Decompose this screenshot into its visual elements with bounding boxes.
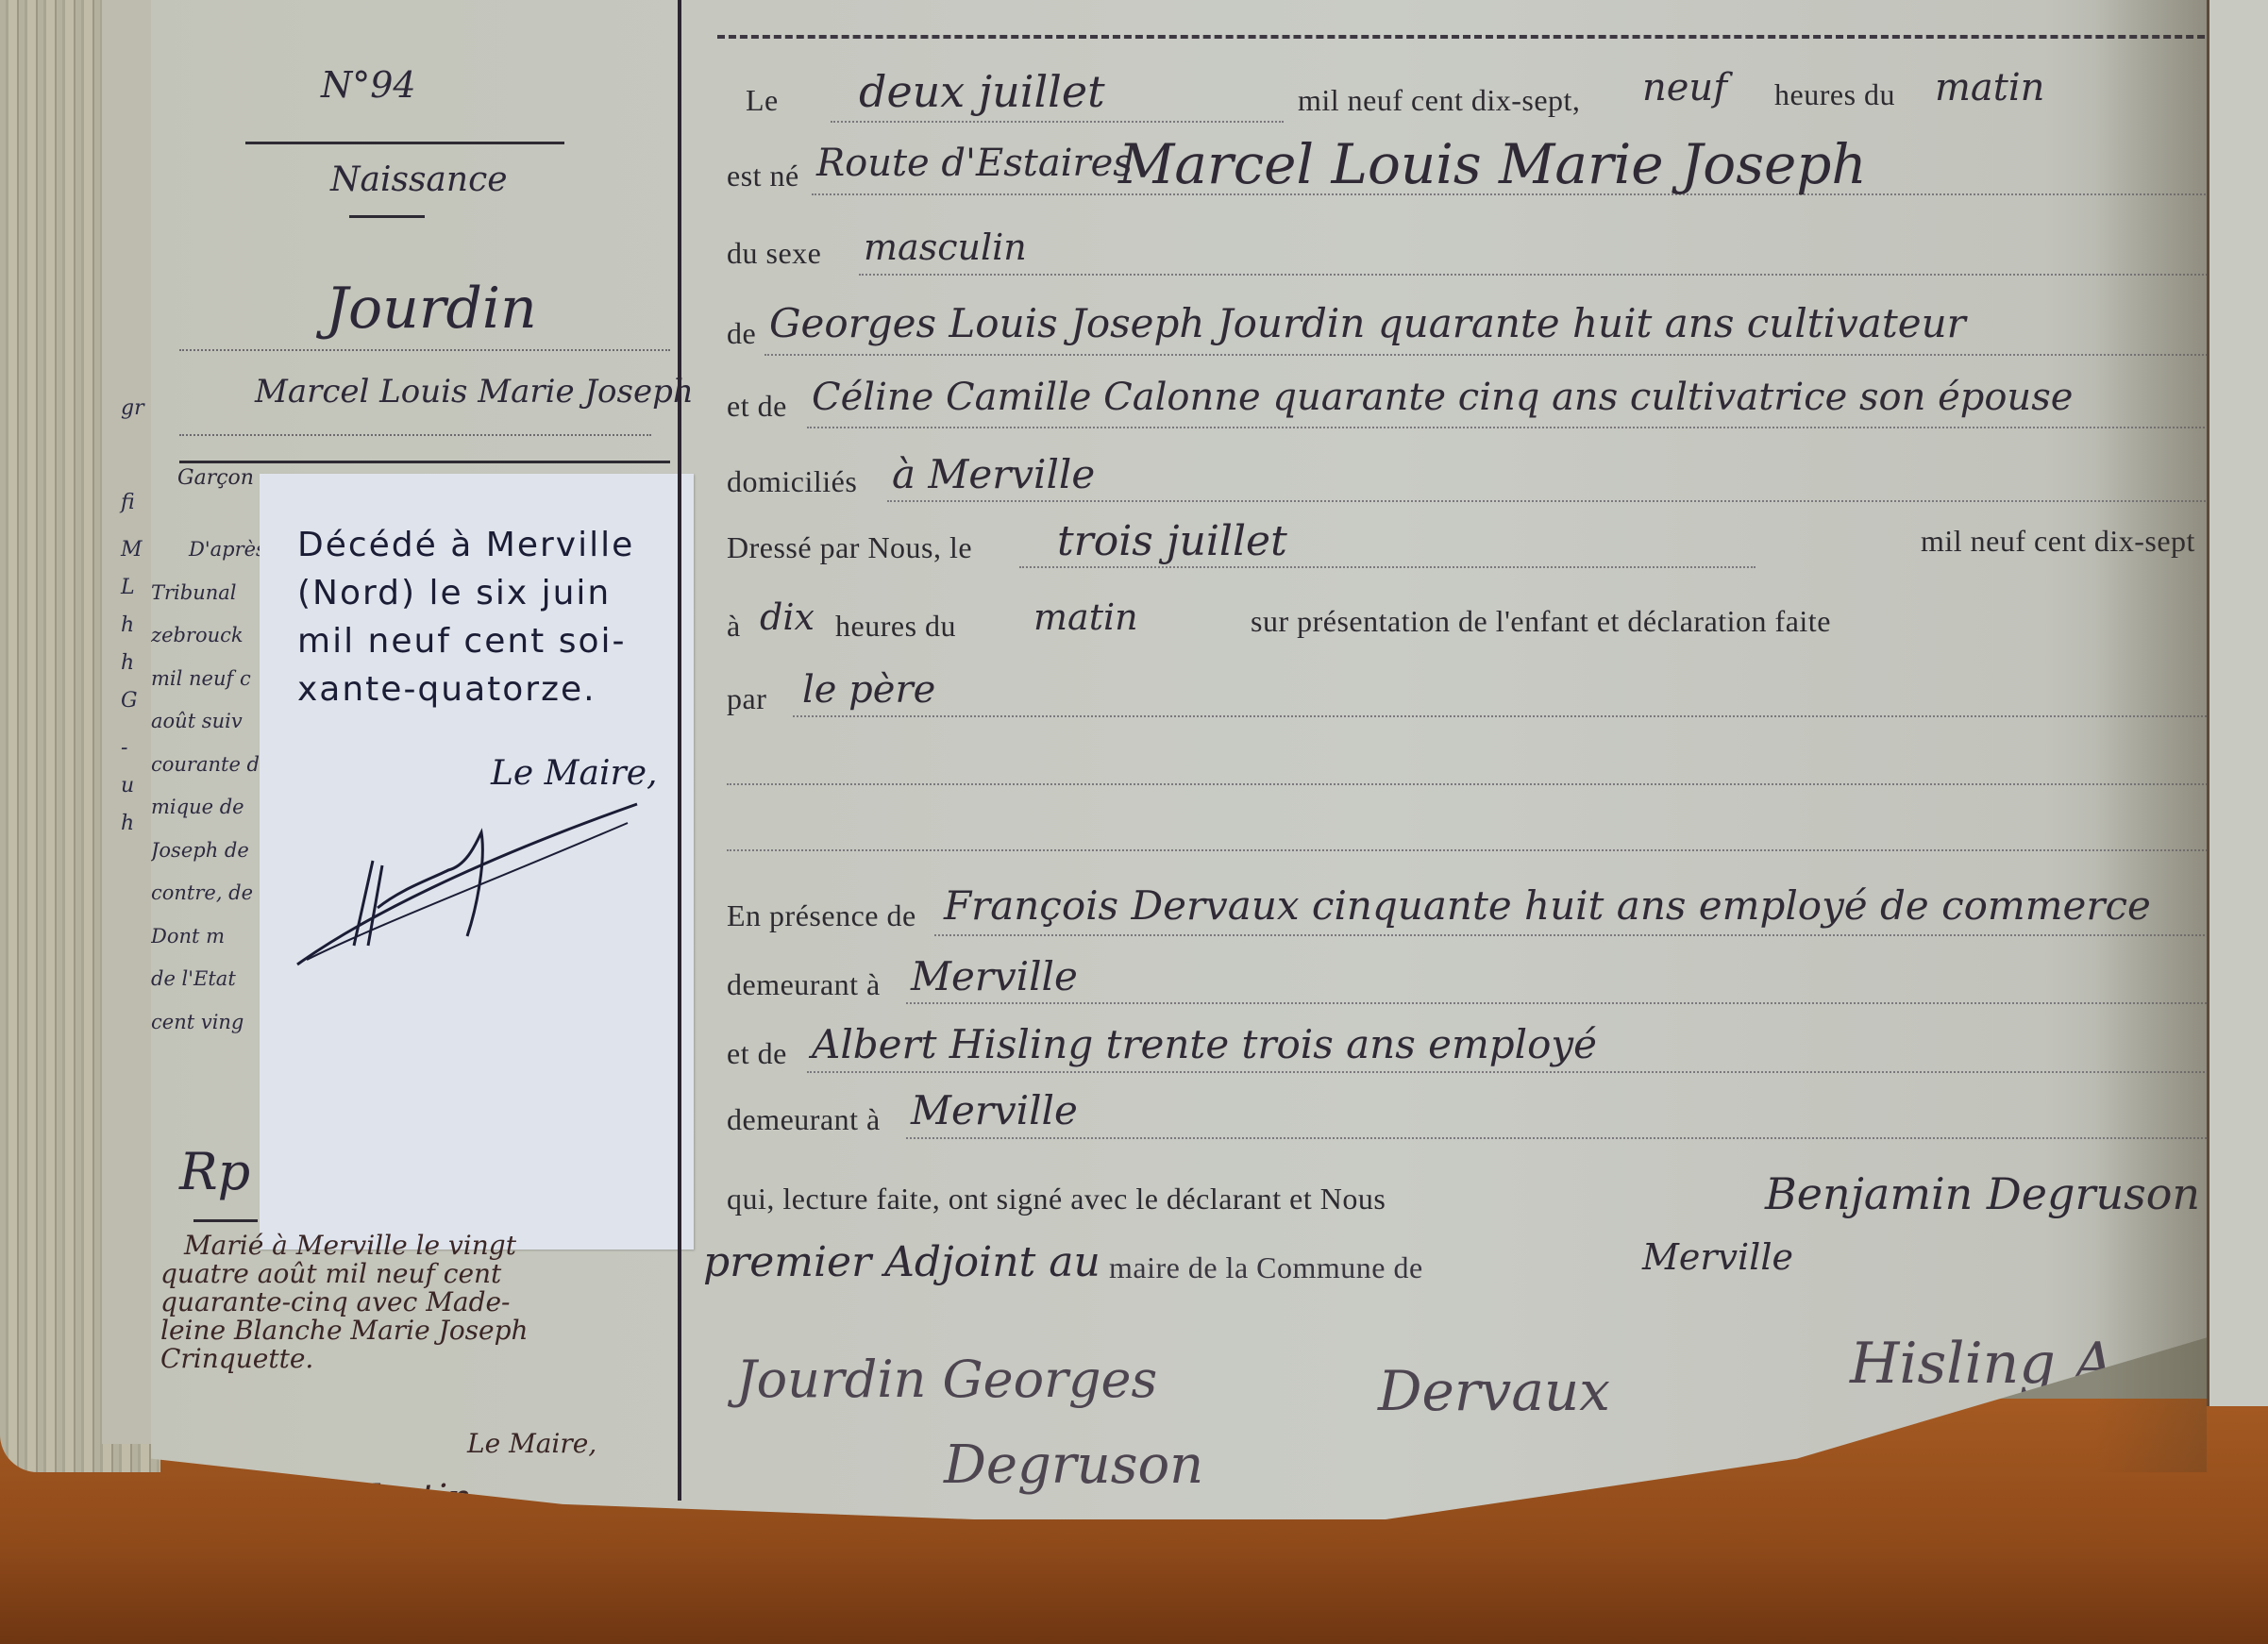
death-note-line: Décédé à Merville: [297, 521, 675, 569]
marriage-note-line: leine Blanche Marie Joseph: [160, 1317, 689, 1345]
officer-title: premier Adjoint au: [703, 1238, 1100, 1286]
dotted-rule: [807, 1071, 2223, 1073]
register-page: N°94 Naissance Jourdin Marcel Louis Mari…: [151, 0, 2209, 1519]
divider: [245, 142, 564, 144]
signature-officer: Degruson: [944, 1434, 1203, 1496]
printed-label: par: [727, 681, 766, 716]
printed-label: qui, lecture faite, ont signé avec le dé…: [727, 1182, 1386, 1216]
prev-page-fragment: h: [121, 812, 134, 835]
dotted-rule: [1019, 566, 1756, 568]
birth-hour: neuf: [1642, 66, 1727, 109]
record-date: trois juillet: [1057, 517, 1287, 565]
witness-2-residence: Merville: [911, 1087, 1078, 1133]
printed-label: est né: [727, 159, 799, 193]
dotted-rule: [727, 783, 2218, 785]
entry-number: N°94: [321, 64, 416, 106]
signature-father: Jourdin Georges: [736, 1350, 1157, 1409]
dotted-rule: [179, 349, 670, 351]
death-note-card: Décédé à Merville (Nord) le six juin mil…: [260, 474, 694, 1250]
printed-label: et de: [727, 389, 787, 424]
printed-label: heures du: [835, 609, 956, 644]
dotted-rule: [831, 121, 1284, 123]
printed-label: Le: [746, 83, 779, 117]
marriage-note-line: Marié à Merville le vingt: [160, 1232, 689, 1260]
father-details: Georges Louis Joseph Jourdin quarante hu…: [769, 300, 1966, 346]
dotted-rule: [859, 274, 2218, 276]
witness-1-details: François Dervaux cinquante huit ans empl…: [944, 882, 2151, 929]
printed-label: maire de la Commune de: [1109, 1250, 1423, 1285]
death-note-line: (Nord) le six juin: [297, 569, 675, 617]
witness-2-details: Albert Hisling trente trois ans employé: [812, 1021, 1597, 1067]
prev-page-fragment: G: [121, 689, 138, 713]
margin-column: N°94 Naissance Jourdin Marcel Louis Mari…: [151, 0, 680, 1510]
marriage-note-signature-title: Le Maire,: [467, 1430, 596, 1458]
surname: Jourdin: [326, 276, 537, 342]
dotted-rule: [179, 434, 651, 436]
death-note-text: Décédé à Merville (Nord) le six juin mil…: [297, 521, 675, 713]
dotted-rule: [887, 500, 2227, 502]
printed-label: Dressé par Nous, le: [727, 530, 972, 565]
parents-residence: à Merville: [892, 451, 1095, 497]
divider: [717, 35, 2227, 39]
marriage-note: Marié à Merville le vingt quatre août mi…: [160, 1232, 689, 1373]
dotted-rule: [807, 427, 2223, 428]
prev-page-fragment: u: [121, 774, 134, 797]
mayor-signature-icon: [288, 776, 647, 974]
birth-place: Route d'Estaires: [816, 142, 1133, 185]
printed-label: sur présentation de l'enfant et déclarat…: [1251, 604, 1831, 639]
dotted-rule: [906, 1137, 2218, 1139]
printed-label: demeurant à: [727, 967, 881, 1002]
marriage-note-line: Crinquette.: [160, 1345, 689, 1373]
adjacent-page: [2207, 0, 2268, 1406]
printed-label: de: [727, 316, 756, 351]
prev-page-fragment: h: [121, 613, 134, 637]
book-gutter-shadow: [2095, 0, 2207, 1472]
printed-label: mil neuf cent dix-sept,: [1298, 83, 1580, 118]
prev-page-fragment: L: [121, 576, 135, 599]
commune: Merville: [1642, 1236, 1793, 1278]
marriage-note-line: quarante-cinq avec Made-: [160, 1288, 689, 1317]
dotted-rule: [906, 1002, 2218, 1004]
birth-period: matin: [1935, 66, 2044, 109]
divider: [193, 1219, 258, 1222]
given-names: Marcel Louis Marie Joseph: [255, 373, 694, 411]
marriage-note-line: quatre août mil neuf cent: [160, 1260, 689, 1288]
dotted-rule: [764, 354, 2218, 356]
death-note-line: xante-quatorze.: [297, 665, 675, 713]
record-period: matin: [1033, 596, 1138, 638]
printed-label: domiciliés: [727, 464, 857, 499]
printed-label: du sexe: [727, 236, 821, 271]
divider: [349, 215, 425, 218]
record-hour: dix: [760, 596, 815, 638]
child-sex: masculin: [864, 226, 1027, 268]
sex-note: Garçon: [177, 466, 254, 490]
prev-page-fragment: M: [121, 538, 143, 562]
divider: [179, 461, 670, 463]
printed-label: demeurant à: [727, 1102, 881, 1137]
prev-page-fragment: gr: [121, 396, 144, 420]
signature-witness-1: Dervaux: [1378, 1359, 1610, 1423]
printed-label: En présence de: [727, 898, 916, 933]
signature-witness-2: Hisling A: [1850, 1331, 2114, 1397]
register-photo: gr fi M L h h G - u h N°94 Naissance Jou…: [0, 0, 2268, 1644]
witness-1-residence: Merville: [911, 953, 1078, 999]
prev-page-fragment: fi: [121, 491, 135, 514]
dotted-rule: [727, 849, 2218, 851]
birth-date: deux juillet: [859, 66, 1105, 117]
form-line-date: Le: [746, 83, 779, 118]
prev-page-fragment: h: [121, 651, 134, 675]
child-name: Marcel Louis Marie Joseph: [1118, 132, 1867, 196]
dotted-rule: [934, 934, 2227, 936]
prev-page-fragment: -: [121, 736, 127, 760]
printed-label: à: [727, 609, 741, 644]
death-note-line: mil neuf cent soi-: [297, 617, 675, 665]
dotted-rule: [793, 715, 2218, 717]
column-divider: [678, 0, 681, 1501]
declarant: le père: [802, 668, 935, 712]
reference-mark: Rp: [179, 1142, 250, 1201]
entry-type: Naissance: [330, 160, 508, 199]
printed-label: et de: [727, 1036, 787, 1071]
printed-label: heures du: [1774, 77, 1895, 112]
mother-details: Céline Camille Calonne quarante cinq ans…: [812, 376, 2073, 419]
birth-record-form: Le deux juillet mil neuf cent dix-sept, …: [698, 0, 2268, 1510]
